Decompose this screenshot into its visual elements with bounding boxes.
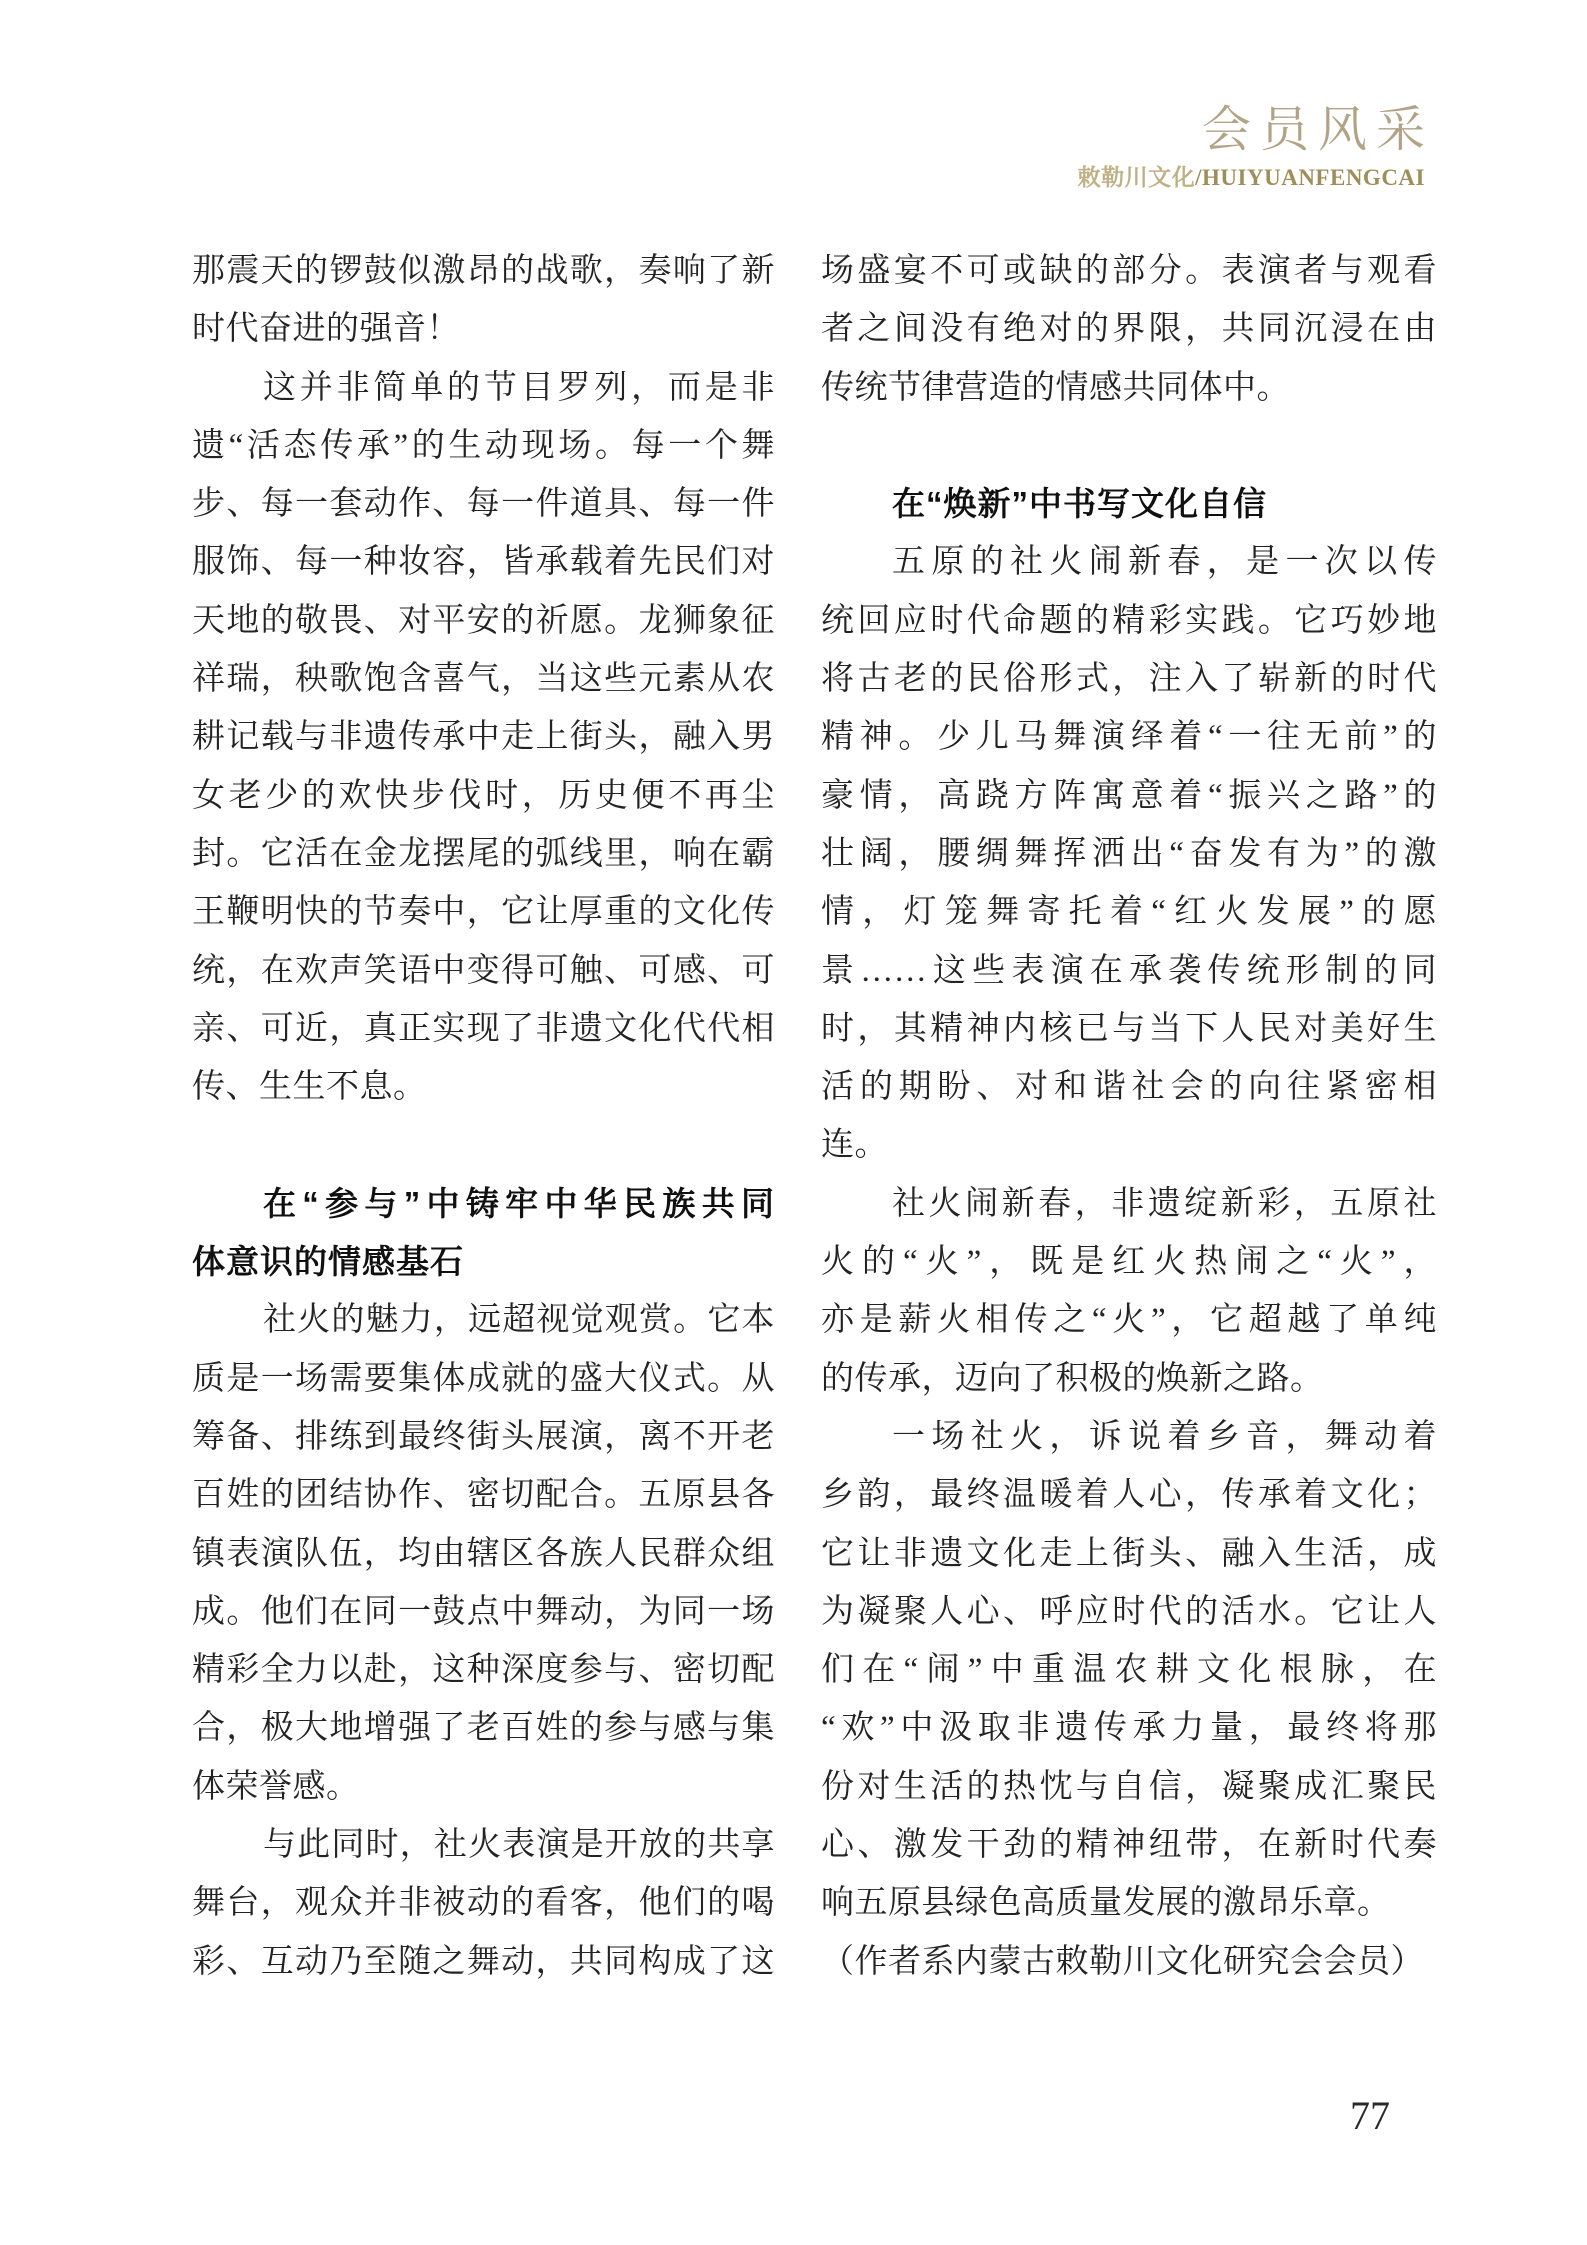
- text-line: 时，其精神内核已与当下人民对美好生: [821, 1000, 1437, 1058]
- text-line: （作者系内蒙古敕勒川文化研究会会员）: [821, 1933, 1437, 1991]
- text-line: 响五原县绿色高质量发展的激昂乐章。: [821, 1874, 1437, 1932]
- text-line: 场盛宴不可或缺的部分。表演者与观看: [821, 242, 1437, 300]
- text-line: 统，在欢声笑语中变得可触、可感、可: [192, 942, 775, 1000]
- text-line: 成。他们在同一鼓点中舞动，为同一场: [192, 1583, 775, 1641]
- text-line: 这并非简单的节目罗列，而是非: [192, 359, 775, 417]
- text-line: 时代奋进的强音！: [192, 300, 775, 358]
- text-line: 将古老的民俗形式，注入了崭新的时代: [821, 650, 1437, 708]
- text-line: 精彩全力以赴，这种深度参与、密切配: [192, 1641, 775, 1699]
- section-heading-line: 体意识的情感基石: [192, 1233, 775, 1291]
- text-line: 为凝聚人心、呼应时代的活水。它让人: [821, 1583, 1437, 1641]
- text-line: 镇表演队伍，均由辖区各族人民群众组: [192, 1525, 775, 1583]
- text-line: 筹备、排练到最终街头展演，离不开老: [192, 1408, 775, 1466]
- text-line: 祥瑞，秧歌饱含喜气，当这些元素从农: [192, 650, 775, 708]
- text-line: 统回应时代命题的精彩实践。它巧妙地: [821, 592, 1437, 650]
- left-column: 那震天的锣鼓似激昂的战歌，奏响了新时代奋进的强音！这并非简单的节目罗列，而是非遗…: [192, 242, 775, 1991]
- text-line: 传、生生不息。: [192, 1058, 775, 1116]
- text-line: 耕记载与非遗传承中走上街头，融入男: [192, 708, 775, 766]
- magazine-page: 会员风采 敕勒川文化/HUIYUANFENGCAI 那震天的锣鼓似激昂的战歌，奏…: [0, 0, 1587, 2245]
- page-title: 会员风采: [1078, 100, 1434, 160]
- page-header: 会员风采 敕勒川文化/HUIYUANFENGCAI: [1078, 100, 1425, 192]
- journal-subtitle: 敕勒川文化/HUIYUANFENGCAI: [1078, 164, 1425, 192]
- text-line: 一场社火，诉说着乡音，舞动着: [821, 1408, 1437, 1466]
- text-line: 份对生活的热忱与自信，凝聚成汇聚民: [821, 1758, 1437, 1816]
- text-line: 者之间没有绝对的界限，共同沉浸在由: [821, 300, 1437, 358]
- text-line: 它让非遗文化走上街头、融入生活，成: [821, 1525, 1437, 1583]
- text-line: 五原的社火闹新春，是一次以传: [821, 533, 1437, 591]
- text-line: 亲、可近，真正实现了非遗文化代代相: [192, 1000, 775, 1058]
- text-line: 景……这些表演在承袭传统形制的同: [821, 942, 1437, 1000]
- text-line: 女老少的欢快步伐时，历史便不再尘: [192, 767, 775, 825]
- text-line: 那震天的锣鼓似激昂的战歌，奏响了新: [192, 242, 775, 300]
- text-line: 们在“闹”中重温农耕文化根脉，在: [821, 1641, 1437, 1699]
- text-line: 质是一场需要集体成就的盛大仪式。从: [192, 1350, 775, 1408]
- text-line: 社火闹新春，非遗绽新彩，五原社: [821, 1175, 1437, 1233]
- text-line: 遗“活态传承”的生动现场。每一个舞: [192, 417, 775, 475]
- text-line: 合，极大地增强了老百姓的参与感与集: [192, 1699, 775, 1757]
- text-line: 心、激发干劲的精神纽带，在新时代奏: [821, 1816, 1437, 1874]
- right-column: 场盛宴不可或缺的部分。表演者与观看者之间没有绝对的界限，共同沉浸在由传统节律营造…: [821, 242, 1437, 1991]
- text-line: 情，灯笼舞寄托着“红火发展”的愿: [821, 883, 1437, 941]
- text-line: 彩、互动乃至随之舞动，共同构成了这: [192, 1933, 775, 1991]
- text-line: 服饰、每一种妆容，皆承载着先民们对: [192, 533, 775, 591]
- text-line: 王鞭明快的节奏中，它让厚重的文化传: [192, 883, 775, 941]
- text-line: 壮阔，腰绸舞挥洒出“奋发有为”的激: [821, 825, 1437, 883]
- text-line: 豪情，高跷方阵寓意着“振兴之路”的: [821, 767, 1437, 825]
- text-line: 百姓的团结协作、密切配合。五原县各: [192, 1466, 775, 1524]
- text-line: 封。它活在金龙摆尾的弧线里，响在霸: [192, 825, 775, 883]
- text-line: 社火的魅力，远超视觉观赏。它本: [192, 1291, 775, 1349]
- text-line: “欢”中汲取非遗传承力量，最终将那: [821, 1699, 1437, 1757]
- section-heading-line: 在“参与”中铸牢中华民族共同: [192, 1175, 775, 1233]
- text-line: 火的“火”，既是红火热闹之“火”，: [821, 1233, 1437, 1291]
- page-number: 77: [1335, 2092, 1405, 2140]
- text-line: 体荣誉感。: [192, 1758, 775, 1816]
- text-line: 乡韵，最终温暖着人心，传承着文化；: [821, 1466, 1437, 1524]
- text-line: 步、每一套动作、每一件道具、每一件: [192, 475, 775, 533]
- text-line: 连。: [821, 1116, 1437, 1174]
- text-line: 与此同时，社火表演是开放的共享: [192, 1816, 775, 1874]
- section-heading-line: 在“焕新”中书写文化自信: [821, 475, 1437, 533]
- text-line: 传统节律营造的情感共同体中。: [821, 359, 1437, 417]
- text-line: 舞台，观众并非被动的看客，他们的喝: [192, 1874, 775, 1932]
- text-line: 活的期盼、对和谐社会的向往紧密相: [821, 1058, 1437, 1116]
- text-line: 的传承，迈向了积极的焕新之路。: [821, 1350, 1437, 1408]
- journal-name: 敕勒川文化: [1078, 165, 1196, 190]
- text-line: 精神。少儿马舞演绎着“一往无前”的: [821, 708, 1437, 766]
- line-gap: [821, 417, 1437, 475]
- line-gap: [192, 1116, 775, 1174]
- text-line: 亦是薪火相传之“火”，它超越了单纯: [821, 1291, 1437, 1349]
- text-line: 天地的敬畏、对平安的祈愿。龙狮象征: [192, 592, 775, 650]
- journal-name-en: /HUIYUANFENGCAI: [1195, 165, 1425, 190]
